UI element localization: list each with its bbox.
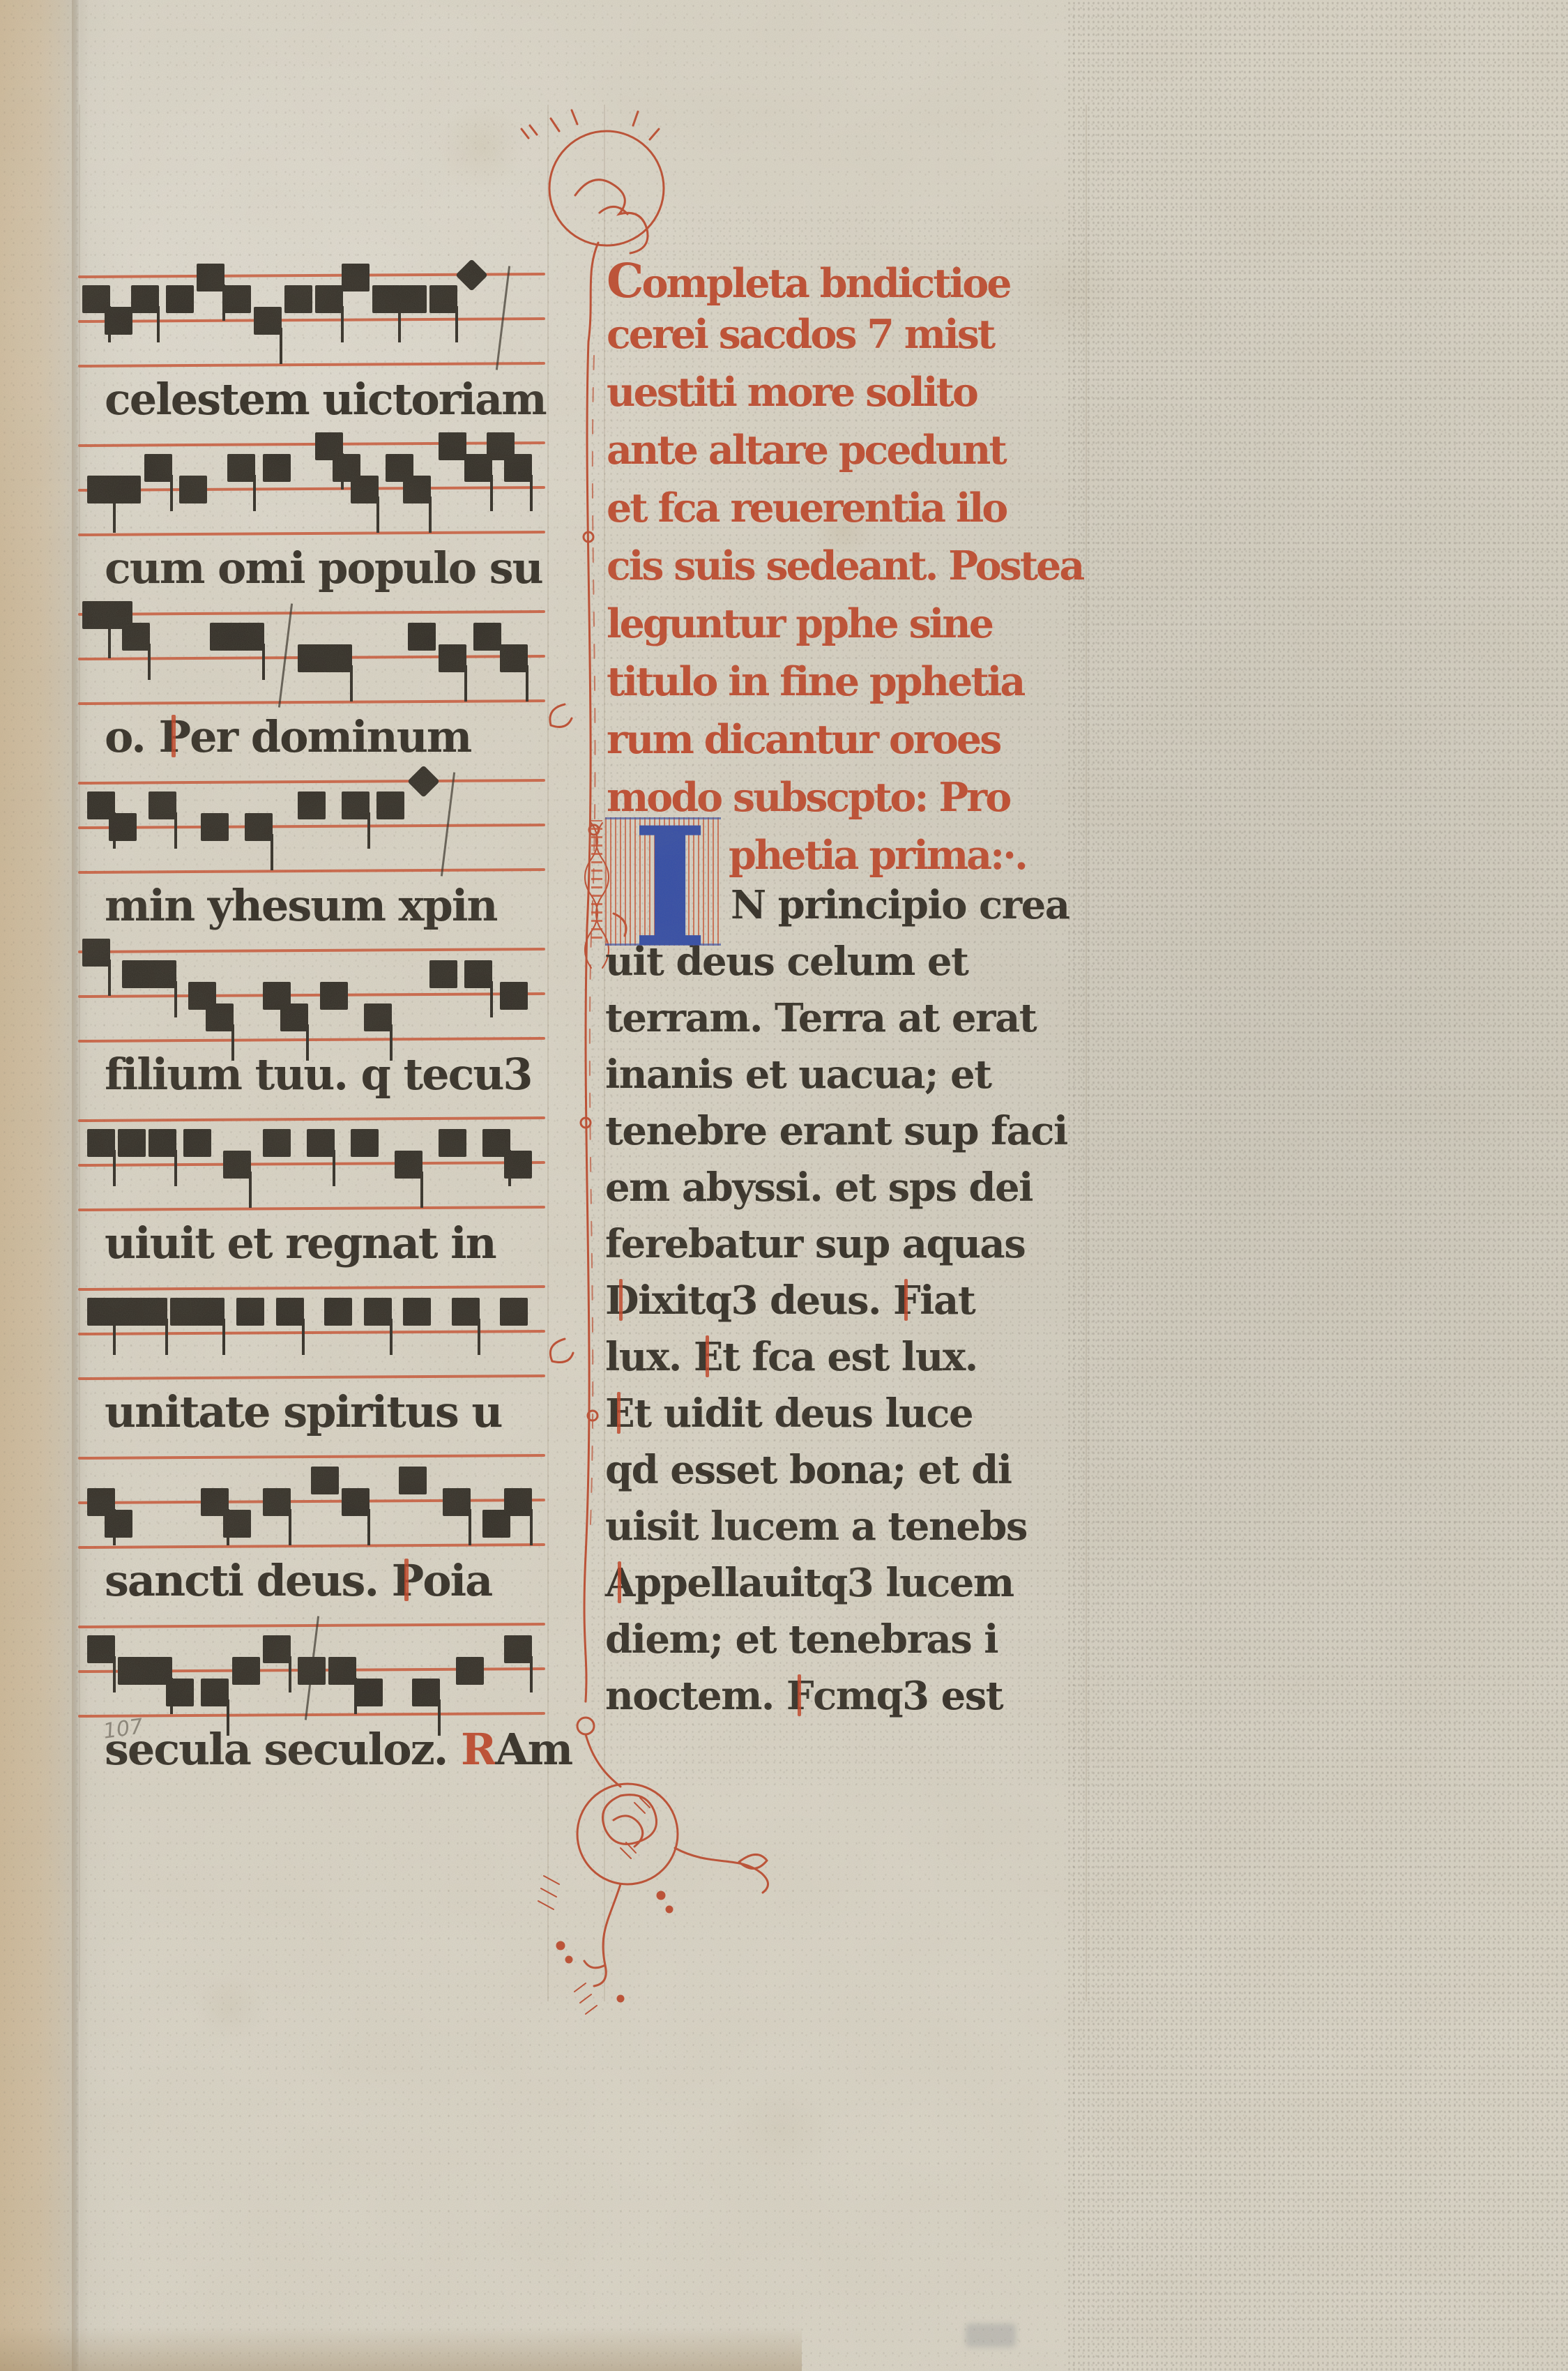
rubric-line: uestiti more solito — [607, 369, 977, 416]
body-text-line: N principio crea — [731, 881, 1070, 930]
body-text-line: Appellauitq3 lucem — [605, 1559, 1014, 1607]
text-segment: N principio crea — [731, 882, 1070, 928]
text-segment: t fca est lux. — [722, 1334, 977, 1380]
rubric-line: titulo in fine pphetia — [607, 658, 1023, 706]
right-column: Completa bndictioecerei sacdos 7 mistues… — [0, 0, 1568, 2371]
text-segment: E — [694, 1333, 722, 1381]
body-text-line: Et uidit deus luce — [605, 1389, 973, 1438]
rubric-line: cerei sacdos 7 mist — [607, 311, 994, 358]
body-text-line: ferebatur sup aquas — [605, 1220, 1025, 1268]
rubric-line: cis suis sedeant. Postea — [607, 543, 1083, 590]
body-text-line: Dixitq3 deus. Fiat — [605, 1276, 975, 1325]
text-segment: noctem. — [605, 1673, 786, 1719]
text-segment: ppellauitq3 lucem — [634, 1560, 1014, 1606]
text-segment: uisit lucem a tenebs — [605, 1503, 1027, 1550]
rubric-line: rum dicantur oroes — [607, 716, 1000, 764]
rubric-line: ante altare pcedunt — [607, 427, 1005, 474]
rubric-line: leguntur pphe sine — [607, 600, 992, 648]
text-segment: terram. Terra at erat — [605, 995, 1036, 1041]
text-segment: ixitq3 deus. — [638, 1278, 893, 1324]
body-text-line: uisit lucem a tenebs — [605, 1502, 1027, 1551]
body-text-line: em abyssi. et sps dei — [605, 1163, 1033, 1212]
text-segment: iat — [920, 1278, 975, 1324]
body-text-line: terram. Terra at erat — [605, 994, 1036, 1043]
text-segment: lux. — [605, 1334, 694, 1380]
body-text-line: lux. Et fca est lux. — [605, 1333, 977, 1381]
text-segment: tenebre erant sup faci — [605, 1108, 1067, 1154]
text-segment: F — [786, 1672, 813, 1720]
body-text-line: noctem. Fcmq3 est — [605, 1672, 1003, 1720]
text-segment: E — [605, 1389, 634, 1438]
illuminated-initial: I — [632, 806, 708, 970]
body-text-line: inanis et uacua; et — [605, 1050, 991, 1099]
text-segment: A — [605, 1559, 634, 1607]
text-segment: inanis et uacua; et — [605, 1052, 991, 1098]
text-segment: qd esset bona; et di — [605, 1447, 1012, 1493]
rubric-continuation: phetia prima:·. — [729, 832, 1026, 879]
rubric-line: et fca reuerentia ilo — [607, 485, 1006, 532]
body-text-line: diem; et tenebras i — [605, 1615, 998, 1664]
body-text-line: tenebre erant sup faci — [605, 1107, 1067, 1156]
text-segment: D — [605, 1276, 638, 1325]
text-segment: cmq3 est — [813, 1673, 1003, 1719]
rubric-line: Completa bndictioe — [607, 253, 1010, 310]
text-segment: F — [893, 1276, 920, 1325]
initial-chain-ornament — [591, 820, 602, 939]
body-text-line: qd esset bona; et di — [605, 1446, 1012, 1494]
text-segment: ferebatur sup aquas — [605, 1221, 1025, 1267]
text-segment: t uidit deus luce — [634, 1391, 973, 1437]
manuscript-page: celestem uictoriamcum omi populo suo. Pe… — [0, 0, 1568, 2371]
text-segment: em abyssi. et sps dei — [605, 1165, 1033, 1211]
edge-smudge — [966, 2324, 1016, 2347]
text-segment: diem; et tenebras i — [605, 1616, 998, 1662]
